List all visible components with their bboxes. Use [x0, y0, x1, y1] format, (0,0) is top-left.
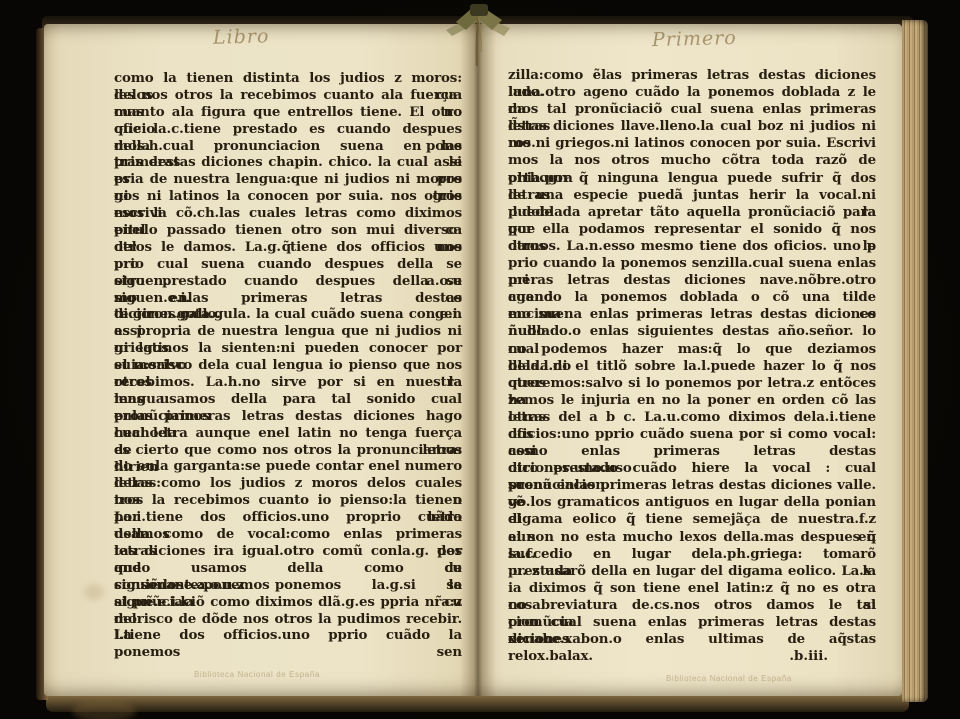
- text-line: cual letra aunque enel latin no tenga fu…: [114, 425, 462, 442]
- right-page: Primero zilla:como ẽlas primeras letras …: [478, 24, 902, 696]
- text-line: della como de vocal:como enlas primeras …: [114, 526, 462, 543]
- text-line: mos.h.cual pronunciacion suena en las pr…: [114, 138, 462, 155]
- text-line: mo suena enlas primeras letras destas di…: [508, 306, 876, 323]
- text-line: .l.doblada apretar tãto aquella pronũcia…: [508, 204, 876, 221]
- text-line: otros le damos. La.g. tiene dos officios…: [114, 239, 462, 256]
- text-line: cuanto ala figura que entrellos tiene. E…: [114, 104, 462, 121]
- text-line: gos ni latinos la conocen por suia. nos …: [114, 188, 462, 205]
- text-line: ros.ni griegos.ni latinos conocen por su…: [508, 135, 876, 152]
- spine-tassel: [432, 0, 524, 70]
- text-line: phia.por q̃ ninguna lengua puede sufrir …: [508, 170, 876, 187]
- text-line: .u. z usarõ della en lugar del digama eo…: [508, 563, 876, 580]
- text-line: prio cual suena cuando despues della se …: [114, 256, 462, 273]
- text-line: pria de nuestra lengua:que ni judios ni …: [114, 171, 462, 188]
- text-line: oficios:uno pprio cuãdo suena por si com…: [508, 426, 876, 443]
- text-line: pitulo passado tienen otro son mui diver…: [114, 222, 462, 239]
- right-page-header-handwriting: Primero: [652, 27, 737, 51]
- text-line: es cierto que como nos otros la pronunci…: [114, 442, 462, 459]
- scanned-book-photo: { "book": { "colors": { "background": "#…: [0, 0, 960, 719]
- left-page-watermark: Biblioteca Nacional de España: [194, 670, 320, 679]
- text-line: cion cual suena enlas primeras letras de…: [508, 614, 876, 631]
- text-line: ia diximos q̃ son tiene enel latin:z q̃ …: [508, 580, 876, 597]
- left-page: Libro como la tienen distinta los judios…: [44, 24, 478, 696]
- text-line: suena enlas primeras letras destas dicio…: [508, 477, 876, 494]
- text-line: te.giron.gota.gula. la cual cuãdo suena …: [114, 306, 462, 323]
- text-line: tas diciones ira igual.otro comũ conla.g…: [114, 543, 462, 560]
- text-line: mas usamos della para tal sonido cual pr…: [114, 391, 462, 408]
- text-line: damos. La.n.esso mesmo tiene dos oficios…: [508, 238, 876, 255]
- text-line: queremos:salvo si lo ponemos por letra.z…: [508, 375, 876, 392]
- text-line: recebimos. La.h.no sirve por si en nuest…: [114, 374, 462, 391]
- text-line: el son no esta mucho lexos della.mas des…: [508, 529, 876, 546]
- text-line: ni latinos la sienten:ni pueden conocer …: [114, 340, 462, 357]
- left-page-header-handwriting: Libro: [213, 25, 270, 48]
- text-line: siguiẽdose.a.o.u.z ponemos la.g.si se si…: [114, 577, 462, 594]
- text-line: d̃stas diciones llave.lleno.la cual boz …: [508, 118, 876, 135]
- text-line: por ella podamos representar el sonido q…: [508, 221, 876, 238]
- fore-edge-page-stack: [902, 20, 928, 702]
- text-line: mos tal pronũciaciõ cual suena enlas pri…: [508, 101, 876, 118]
- text-line: tras destas diciones chapin. chico. la c…: [114, 154, 462, 171]
- text-line: otro prestado cuando despues della se si…: [114, 273, 462, 290]
- text-line: l.tiene dos officios.uno pprio cuãdo la …: [114, 627, 462, 644]
- text-line: succedio en lugar dela.ph.griega: tomarõ…: [508, 546, 876, 563]
- text-line: zilla:como ẽlas primeras letras destas d…: [508, 67, 876, 84]
- text-line: letras:como los judios z moros delos cua…: [114, 475, 462, 492]
- text-line: digama eolico q̃ tiene semejãça de nuest…: [508, 511, 876, 528]
- text-line: letras del a b c. La.u.como diximos dela…: [508, 409, 876, 426]
- text-line: no podemos hazer mas:q̃ lo que deziamos …: [508, 341, 876, 358]
- text-line: prio cuando la ponemos senzilla.cual sue…: [508, 255, 876, 272]
- right-page-watermark: Biblioteca Nacional de España: [666, 674, 792, 683]
- text-line: luna.otro ageno cuãdo la ponemos doblada…: [508, 84, 876, 101]
- text-line: go.los gramaticos antiguos en lugar dell…: [508, 494, 876, 511]
- text-line: mo enlas primeras letras destas diciones…: [114, 290, 462, 307]
- text-line: otro prestado cuãdo hiere la vocal : cua…: [508, 460, 876, 477]
- tassel-icon: [432, 0, 524, 70]
- text-line: como la tienen distinta los judios z mor…: [114, 70, 462, 87]
- text-line: xenabe.xabon.o enlas ultimas de aq̃stas …: [508, 631, 876, 648]
- text-line: meras letras destas diciones nave.nõbre.…: [508, 272, 876, 289]
- text-line: zemos le injuria en no la poner en orden…: [508, 392, 876, 409]
- text-line: no breviatura de.cs.nos otros damos le t…: [508, 597, 876, 614]
- text-line: tros la recebimos cuanto io pienso:la ti…: [114, 492, 462, 509]
- text-line: La.i.tiene dos officios.uno proprio cuãd…: [114, 509, 462, 526]
- text-line: morisco de dõde nos otros la pudimos rec…: [114, 611, 462, 628]
- text-line: como enlas primeras letras destas dicion…: [508, 443, 876, 460]
- text-line: mos la cõ.ch.las cuales letras como dixi…: [114, 205, 462, 222]
- text-line: de una especie puedã juntas herir la voc…: [508, 187, 876, 204]
- right-page-lines: zilla:como ẽlas primeras letras destas d…: [508, 67, 876, 648]
- text-line: blada.ni el titlõ sobre la.l.puede hazer…: [508, 358, 876, 375]
- text-line: les nos otros la recebimos cuanto ala fu…: [114, 87, 462, 104]
- text-line: el morisco dela cual lengua io pienso qu…: [114, 357, 462, 374]
- text-line: do enla garganta:se puede contar enel nu…: [114, 458, 462, 475]
- text-line: enlas primeras letras destas diciones ha…: [114, 408, 462, 425]
- text-line: mos la nos otros mucho cõtra toda razõ d…: [508, 152, 876, 169]
- text-line: al pnũciaciõ como diximos dlã.g.es ppria…: [114, 594, 462, 611]
- text-line: cuando la ponemos doblada o cõ una tilde…: [508, 289, 876, 306]
- page-stain: [84, 584, 104, 600]
- open-book: Libro como la tienen distinta los judios…: [36, 6, 929, 712]
- text-line: es propria de nuestra lengua que ni judi…: [114, 323, 462, 340]
- left-page-text-block: como la tienen distinta los judios z mor…: [114, 70, 462, 644]
- text-line: ñublado.o enlas siguientes destas año.se…: [508, 323, 876, 340]
- text-line: ando usamos della como de consonante:pon…: [114, 560, 462, 577]
- right-page-text-block: zilla:como ẽlas primeras letras destas d…: [508, 67, 876, 665]
- text-line: que la.c.tiene prestado es cuando despue…: [114, 121, 462, 138]
- page-stain: [72, 700, 136, 719]
